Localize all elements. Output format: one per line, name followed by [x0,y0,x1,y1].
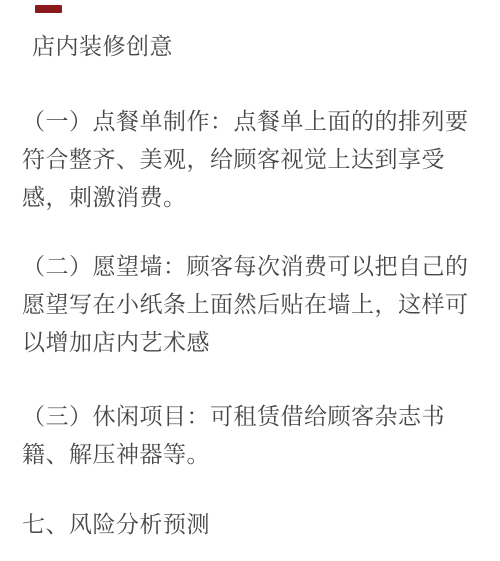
paragraph-line: （二）愿望墙：顾客每次消费可以把自己的 [22,247,480,285]
section-heading-bottom: 七、风险分析预测 [22,505,480,543]
document-content: 店内装修创意 （一）点餐单制作：点餐单上面的的排列要 符合整齐、美观，给顾客视觉… [0,0,500,543]
paragraph-line: 感，刺激消费。 [22,178,480,216]
red-accent-mark [35,5,62,13]
paragraph-line: （三）休闲项目：可租赁借给顾客杂志书 [22,397,480,435]
paragraph-line: （一）点餐单制作：点餐单上面的的排列要 [22,102,480,140]
paragraph-line: 符合整齐、美观，给顾客视觉上达到享受 [22,140,480,178]
paragraph-wish-wall: （二）愿望墙：顾客每次消费可以把自己的 愿望写在小纸条上面然后贴在墙上，这样可 … [22,247,480,361]
paragraph-line: 籍、解压神器等。 [22,435,480,473]
paragraph-line: 以增加店内艺术感 [22,323,480,361]
paragraph-menu-design: （一）点餐单制作：点餐单上面的的排列要 符合整齐、美观，给顾客视觉上达到享受 感… [22,102,480,216]
section-heading-top: 店内装修创意 [32,27,480,65]
paragraph-leisure-items: （三）休闲项目：可租赁借给顾客杂志书 籍、解压神器等。 [22,397,480,473]
document-page: 店内装修创意 （一）点餐单制作：点餐单上面的的排列要 符合整齐、美观，给顾客视觉… [0,0,500,561]
paragraph-line: 愿望写在小纸条上面然后贴在墙上，这样可 [22,285,480,323]
